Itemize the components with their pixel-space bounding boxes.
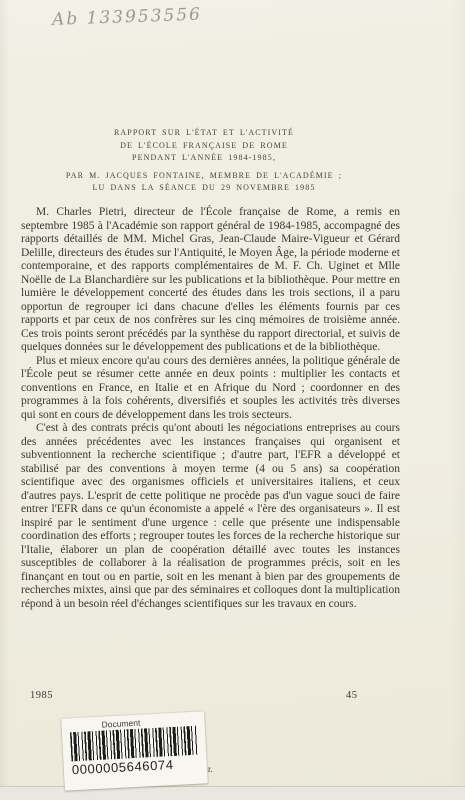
paragraph-3: C'est à des contrats précis qu'ont about… [21,422,400,611]
paragraph-1: M. Charles Pietri, directeur de l'École … [21,206,400,355]
handwritten-shelfmark: Ab 133953556 [52,2,273,30]
footer-volume-year: 1985 [30,690,53,701]
title-line-5: LU DANS LA SÉANCE DU 29 NOVEMBRE 1985 [10,182,398,195]
report-title-block: RAPPORT SUR L'ÉTAT ET L'ACTIVITÉ DE L'ÉC… [10,127,398,195]
barcode-sticker: Document 0000005646074 [61,711,208,790]
scanned-page: Ab 133953556 RAPPORT SUR L'ÉTAT ET L'ACT… [0,0,465,800]
title-line-2: DE L'ÉCOLE FRANÇAISE DE ROME [10,140,398,153]
report-body: M. Charles Pietri, directeur de l'École … [21,206,400,611]
ink-mark: r. [208,764,213,774]
title-line-3: PENDANT L'ANNÉE 1984-1985, [10,152,398,165]
title-line-4: PAR M. JACQUES FONTAINE, MEMBRE DE L'ACA… [10,170,398,183]
title-line-1: RAPPORT SUR L'ÉTAT ET L'ACTIVITÉ [10,127,398,140]
paragraph-2: Plus et mieux encore qu'au cours des der… [21,355,400,423]
footer-page-number: 45 [346,690,358,701]
